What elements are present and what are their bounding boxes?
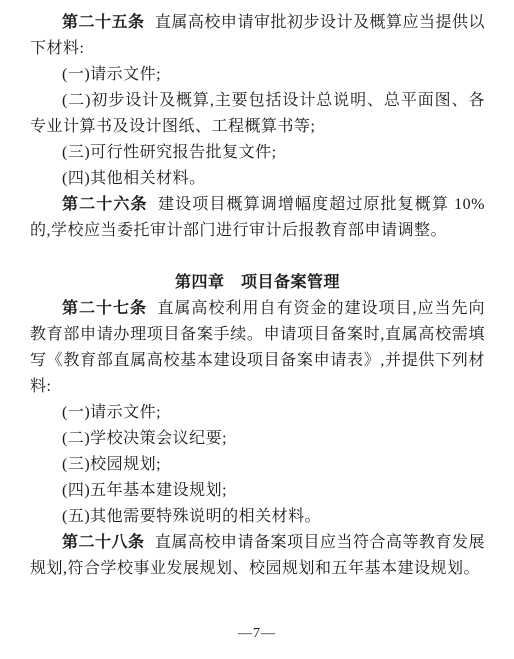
article-25-paragraph: 第二十五条直属高校申请审批初步设计及概算应当提供以下材料: — [30, 10, 485, 62]
list-item: (一)请示文件; — [30, 62, 485, 88]
document-body: 第二十五条直属高校申请审批初步设计及概算应当提供以下材料: (一)请示文件; (… — [30, 10, 485, 582]
list-item: (二)初步设计及概算,主要包括设计总说明、总平面图、各专业计算书及设计图纸、工程… — [30, 88, 485, 140]
article-25-label: 第二十五条 — [62, 14, 145, 31]
list-item: (一)请示文件; — [30, 400, 485, 426]
article-26-label: 第二十六条 — [62, 196, 148, 213]
document-page: 第二十五条直属高校申请审批初步设计及概算应当提供以下材料: (一)请示文件; (… — [0, 0, 514, 659]
article-28-label: 第二十八条 — [62, 534, 145, 551]
article-27-label: 第二十七条 — [62, 300, 147, 317]
list-item: (三)校园规划; — [30, 452, 485, 478]
article-26-paragraph: 第二十六条建设项目概算调增幅度超过原批复概算 10%的,学校应当委托审计部门进行… — [30, 192, 485, 244]
list-item: (五)其他需要特殊说明的相关材料。 — [30, 504, 485, 530]
article-27-paragraph: 第二十七条直属高校利用自有资金的建设项目,应当先向教育部申请办理项目备案手续。申… — [30, 296, 485, 400]
list-item: (二)学校决策会议纪要; — [30, 426, 485, 452]
chapter-4-heading: 第四章 项目备案管理 — [30, 270, 485, 296]
list-item: (四)五年基本建设规划; — [30, 478, 485, 504]
page-number: —7— — [0, 621, 514, 647]
list-item: (四)其他相关材料。 — [30, 166, 485, 192]
article-28-paragraph: 第二十八条直属高校申请备案项目应当符合高等教育发展规划,符合学校事业发展规划、校… — [30, 530, 485, 582]
list-item: (三)可行性研究报告批复文件; — [30, 140, 485, 166]
